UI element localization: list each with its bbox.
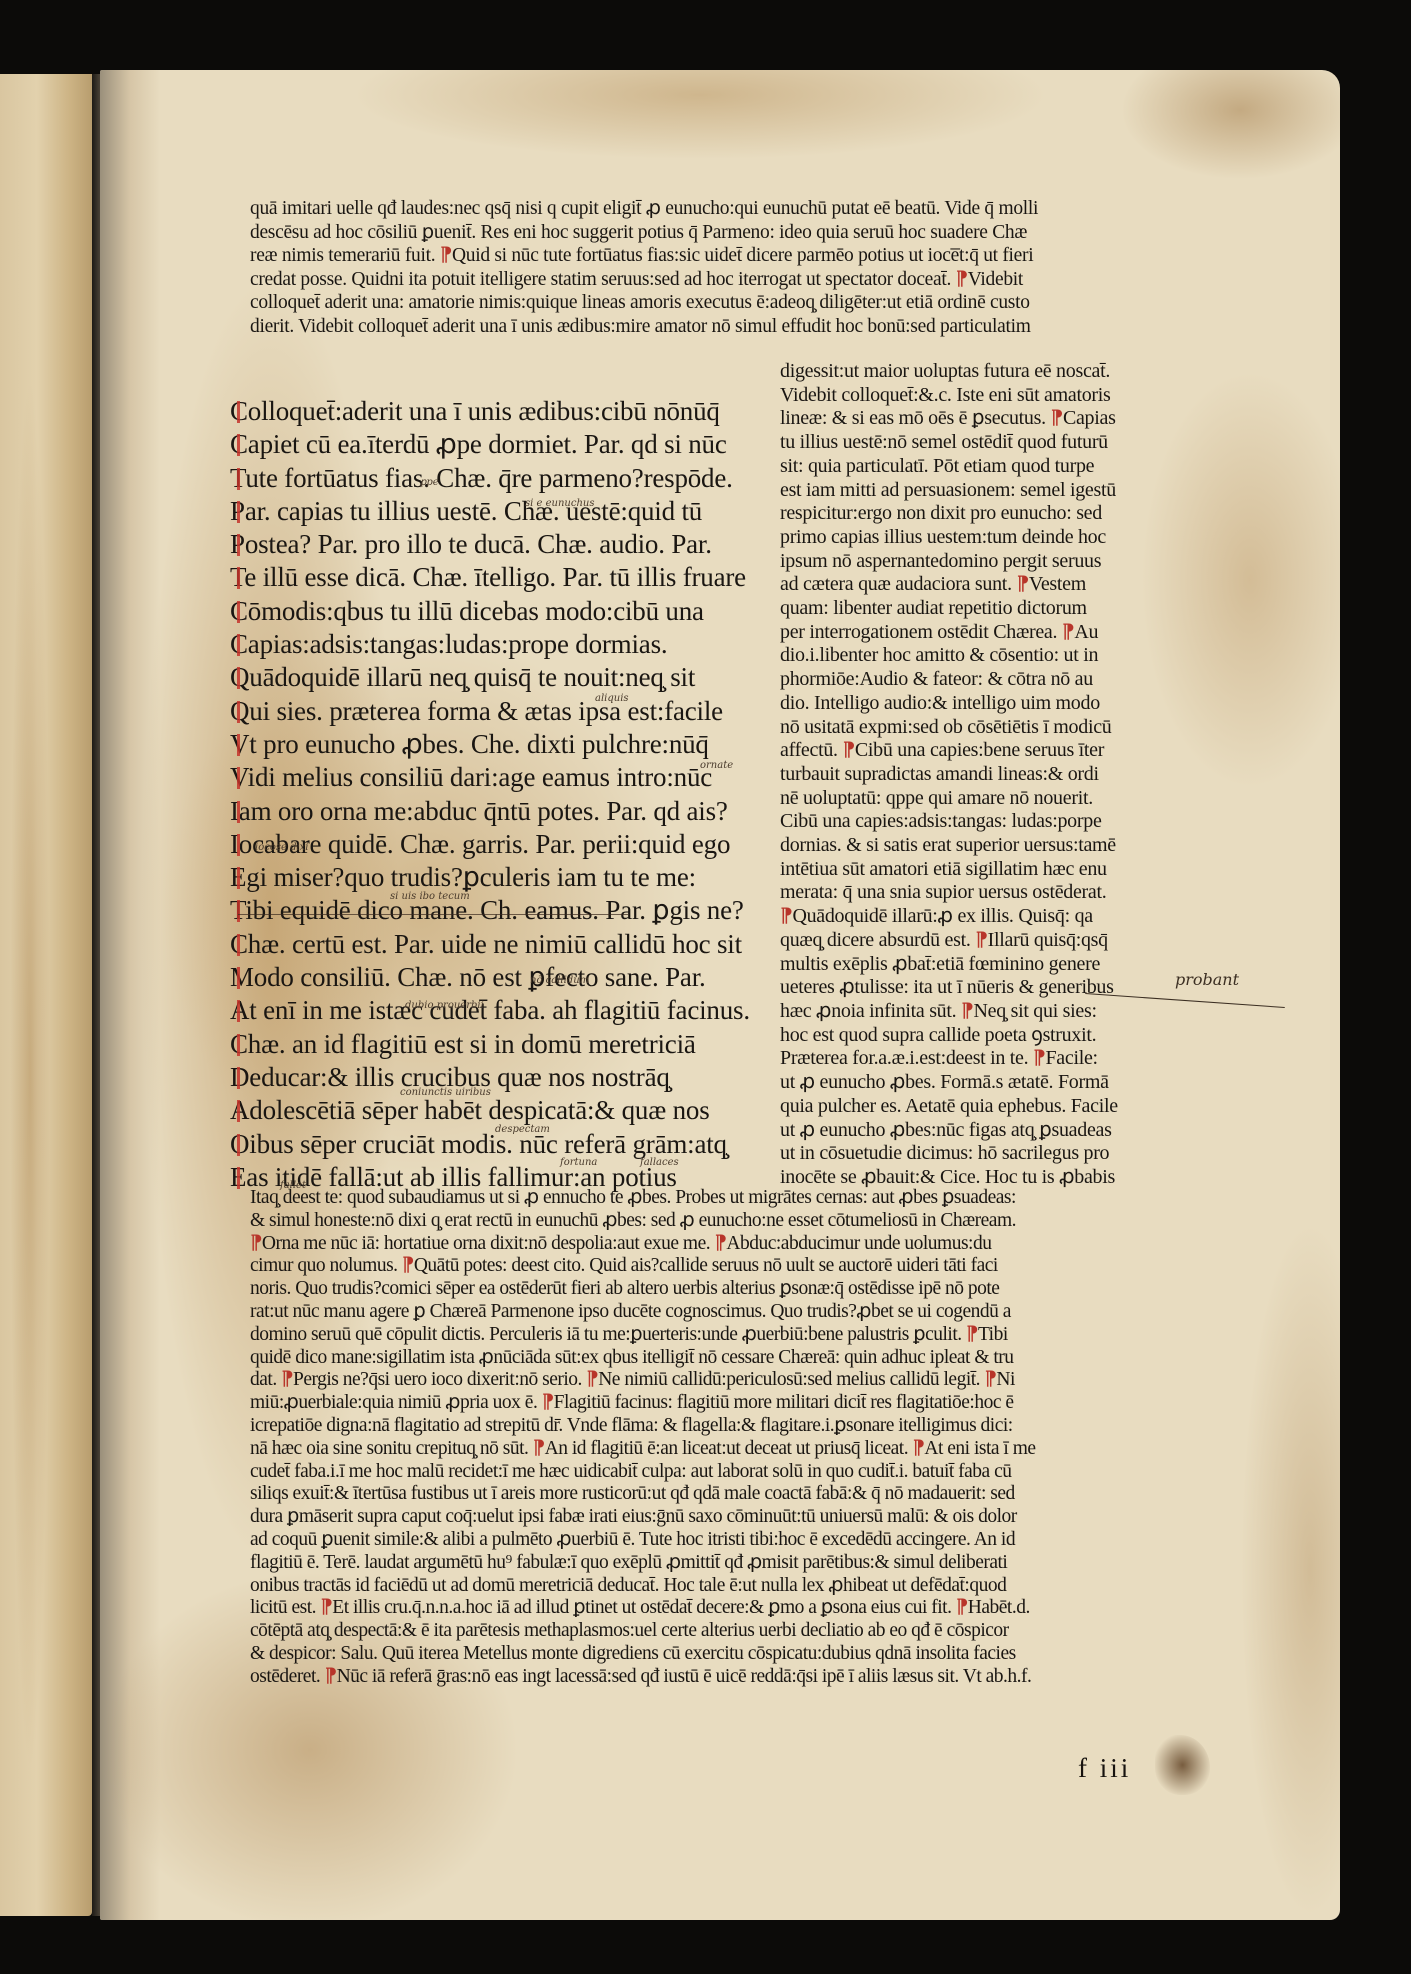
water-stain xyxy=(1240,1220,1340,1920)
ink-blot xyxy=(1155,1735,1210,1795)
commentary-line: rat:ut nūc manu agere ꝑ Chæreā Parmenone… xyxy=(250,1301,1036,1324)
commentary-line: lineæ: & si eas mō oēs ē ꝑsecutus. ⁋Capi… xyxy=(780,407,1118,431)
paragraph-mark-icon: ⁋ xyxy=(956,269,968,290)
play-line: Adolescētiā sēper habēt despicatā:& quæ … xyxy=(230,1094,750,1127)
water-stain xyxy=(1140,370,1340,790)
commentary-line: nā hæc oia sine sonitu crepituq̧ nō sūt.… xyxy=(250,1438,1036,1461)
play-line: Capiet cū ea.īterdū ꝓpe dormiet. Par. qd… xyxy=(230,428,750,461)
commentary-line: sit: quia particulatī. Pōt etiam quod tu… xyxy=(780,455,1118,479)
interlinear-gloss: ornate xyxy=(700,760,733,771)
interlinear-gloss: ꝑpe xyxy=(420,477,439,488)
paragraph-mark-icon: ⁋ xyxy=(1033,1047,1045,1069)
paragraph-mark-icon: ⁋ xyxy=(1051,407,1063,429)
play-line: Modo consiliū. Chæ. nō est ꝑfecto sane. … xyxy=(230,961,750,994)
interlinear-gloss: si uis ibo tecum xyxy=(390,891,470,902)
commentary-line: dierit. Videbit colloquet̄ aderit una ī … xyxy=(250,315,1038,339)
commentary-line: cōtēptā atq̧ despectā:& ē ita parētesis … xyxy=(250,1620,1036,1643)
play-line: Quādoquidē illarū neq̧ quisq̄ te nouit:n… xyxy=(230,661,750,694)
commentary-line: hoc est quod supra callide poeta ꝯstruxi… xyxy=(780,1024,1118,1048)
paragraph-mark-icon: ⁋ xyxy=(966,1324,978,1345)
interlinear-gloss: si e eunuchus xyxy=(525,498,594,509)
water-stain xyxy=(350,70,1050,160)
play-line: Qui sies. præterea forma & ætas ipsa est… xyxy=(230,695,750,728)
play-line: Vidi melius consiliū dari:age eamus intr… xyxy=(230,761,750,794)
commentary-line: noris. Quo trudis?comici sēper ea ostēde… xyxy=(250,1278,1036,1301)
bottom-commentary: Itaq̧ deest te: quod subaudiamus ut si ꝓ… xyxy=(250,1187,1036,1689)
commentary-line: dura ꝑmāserit supra caput coq̄:uelut ips… xyxy=(250,1506,1036,1529)
commentary-line: domino seruū quē cōpulit dictis. Percule… xyxy=(250,1324,1036,1347)
commentary-line: flagitiū ē. Terē. laudat argumētū hu⁹ fa… xyxy=(250,1552,1036,1575)
interlinear-gloss: despectam xyxy=(495,1124,550,1135)
play-line: Par. capias tu illius uestē. Chæ. uestē:… xyxy=(230,495,750,528)
paragraph-mark-icon: ⁋ xyxy=(402,1255,414,1276)
commentary-line: ⁋Orna me nūc iā: hortatiue orna dixit:nō… xyxy=(250,1233,1036,1256)
commentary-line: dio. Intelligo audio:& intelligo uim mod… xyxy=(780,692,1118,716)
play-line: Chæ. an id flagitiū est si in domū meret… xyxy=(230,1028,750,1061)
paragraph-mark-icon: ⁋ xyxy=(325,1666,337,1687)
book-gutter xyxy=(92,74,100,1916)
commentary-line: cimur quo nolumus. ⁋Quātū potes: deest c… xyxy=(250,1255,1036,1278)
interlinear-gloss: fortuna xyxy=(560,1157,597,1168)
commentary-line: tu illius uestē:nō semel ostēdit̄ quod f… xyxy=(780,431,1118,455)
play-line: Colloquet̄:aderit una ī unis ædibus:cibū… xyxy=(230,395,750,428)
paragraph-mark-icon: ⁋ xyxy=(542,1392,554,1413)
commentary-line: Cibū una capies:adsis:tangas: ludas:porp… xyxy=(780,810,1118,834)
commentary-line: quidē dico mane:sigillatim ista ꝓnūciāda… xyxy=(250,1347,1036,1370)
paragraph-mark-icon: ⁋ xyxy=(961,1000,973,1022)
commentary-line: est iam mitti ad persuasionem: semel ige… xyxy=(780,479,1118,503)
interlinear-gloss: fallaces xyxy=(640,1157,679,1168)
interlinear-gloss: nō callidum xyxy=(530,975,589,986)
commentary-line: descēsu ad hoc cōsiliū ꝑuenit̄. Res eni … xyxy=(250,221,1038,245)
paragraph-mark-icon: ⁋ xyxy=(533,1438,545,1459)
interlinear-gloss: coniunctis uiribus xyxy=(400,1087,491,1098)
play-line: Vt pro eunucho ꝓbes. Che. dixti pulchre:… xyxy=(230,728,750,761)
commentary-line: quæq̧ dicere absurdū est. ⁋Illarū quisq̄… xyxy=(780,929,1118,953)
paragraph-mark-icon: ⁋ xyxy=(281,1369,293,1390)
commentary-line: Præterea for.a.æ.i.est:deest in te. ⁋Fac… xyxy=(780,1047,1118,1071)
paragraph-mark-icon: ⁋ xyxy=(912,1438,924,1459)
commentary-line: ut ꝓ eunucho ꝓbes. Formā.s ætatē. Formā xyxy=(780,1071,1118,1095)
commentary-line: ut ꝓ eunucho ꝓbes:nūc figas atq̧ ꝑsuadea… xyxy=(780,1119,1118,1143)
interlinear-gloss: aliquis xyxy=(595,693,629,704)
play-line: Chæ. certū est. Par. uide ne nimiū calli… xyxy=(230,928,750,961)
commentary-line: ueteres ꝓtulisse: ita ut ī nūeris & gene… xyxy=(780,976,1118,1000)
signature-mark: f iii xyxy=(1078,1753,1131,1784)
commentary-line: onibus tractās id faciēdū ut ad domū mer… xyxy=(250,1575,1036,1598)
commentary-line: siliqs exuit̄:& ītertūsa fustibus ut ī a… xyxy=(250,1483,1036,1506)
paragraph-mark-icon: ⁋ xyxy=(780,905,792,927)
gutter-shadow xyxy=(100,70,160,1920)
commentary-line: respicitur:ergo non dixit pro eunucho: s… xyxy=(780,502,1118,526)
paragraph-mark-icon: ⁋ xyxy=(440,245,452,266)
commentary-line: nō usitatā expmi:sed ob cōsētiētis ī mod… xyxy=(780,716,1118,740)
commentary-line: intētiua sūt amatori etiā sigillatim hæc… xyxy=(780,858,1118,882)
play-line: Egi miser?quo trudis?ꝑculeris iam tu te … xyxy=(230,861,750,894)
handwritten-marginal-note: probant xyxy=(1175,970,1239,989)
commentary-line: cudet̄ faba.i.ī me hoc malū recidet:ī me… xyxy=(250,1461,1036,1484)
commentary-line: dornias. & si satis erat superior uersus… xyxy=(780,834,1118,858)
commentary-line: per interrogationem ostēdit Chærea. ⁋Au xyxy=(780,621,1118,645)
play-line: Tibi equidē dico mane. Ch. eamus. Par. ꝑ… xyxy=(230,894,750,927)
paragraph-mark-icon: ⁋ xyxy=(975,929,987,951)
commentary-line: Videbit colloquet̄:&.c. Iste eni sūt ama… xyxy=(780,384,1118,408)
commentary-line: ostēderet. ⁋Nūc iā referā ḡras:nō eas in… xyxy=(250,1666,1036,1689)
commentary-line: primo capias illius uestem:tum deinde ho… xyxy=(780,526,1118,550)
head-commentary: quā imitari uelle qđ laudes:nec qsq̄ nis… xyxy=(250,197,1038,338)
play-line: Postea? Par. pro illo te ducā. Chæ. audi… xyxy=(230,528,750,561)
commentary-line: ad cætera quæ audaciora sunt. ⁋Vestem xyxy=(780,573,1118,597)
commentary-line: & despicor: Salu. Quū iterea Metellus mo… xyxy=(250,1643,1036,1666)
play-text-column: Colloquet̄:aderit una ī unis ædibus:cibū… xyxy=(230,395,750,1194)
water-stain xyxy=(1120,70,1340,180)
commentary-line: quā imitari uelle qđ laudes:nec qsq̄ nis… xyxy=(250,197,1038,221)
paragraph-mark-icon: ⁋ xyxy=(956,1597,968,1618)
commentary-line: & simul honeste:nō dixi q̧ erat rectū in… xyxy=(250,1210,1036,1233)
commentary-line: quia pulcher es. Aetatē quia ephebus. Fa… xyxy=(780,1095,1118,1119)
commentary-line: ad coquū ꝑuenit simile:& alibi a pulmēto… xyxy=(250,1529,1036,1552)
play-line: Iam oro orna me:abduc q̄ntū potes. Par. … xyxy=(230,795,750,828)
commentary-line: Itaq̧ deest te: quod subaudiamus ut si ꝓ… xyxy=(250,1187,1036,1210)
play-line: At enī in me istæc cudet̄ faba. ah flagi… xyxy=(230,994,750,1027)
commentary-line: quam: libenter audiat repetitio dictorum xyxy=(780,597,1118,621)
commentary-line: phormiōe:Audio & fateor: & cōtra nō au xyxy=(780,668,1118,692)
paragraph-mark-icon: ⁋ xyxy=(1016,573,1028,595)
handwritten-underline xyxy=(238,914,628,915)
commentary-line: merata: q̄ una snia supior uersus ostēde… xyxy=(780,881,1118,905)
commentary-line: credat posse. Quidni ita potuit itellige… xyxy=(250,268,1038,292)
interlinear-gloss: dubio prouerbii xyxy=(405,1000,484,1011)
commentary-line: ⁋Quādoquidē illarū:ꝓ ex illis. Quisq̄: q… xyxy=(780,905,1118,929)
interlinear-gloss: iocose dixi xyxy=(255,842,309,853)
paragraph-mark-icon: ⁋ xyxy=(842,739,854,761)
play-line: Tute fortūatus fias. Chæ. q̄re parmeno?r… xyxy=(230,462,750,495)
commentary-line: reæ nimis temerariū fuit. ⁋Quid si nūc t… xyxy=(250,244,1038,268)
commentary-line: hæc ꝓnoia infinita sūt. ⁋Neq̧ sit qui si… xyxy=(780,1000,1118,1024)
commentary-line: ut in cōsuetudie dicimus: hō sacrilegus … xyxy=(780,1142,1118,1166)
left-facing-page xyxy=(0,74,92,1916)
paragraph-mark-icon: ⁋ xyxy=(320,1597,332,1618)
paragraph-mark-icon: ⁋ xyxy=(714,1233,726,1254)
paragraph-mark-icon: ⁋ xyxy=(1062,621,1074,643)
commentary-line: digessit:ut maior uoluptas futura eē nos… xyxy=(780,360,1118,384)
commentary-line: nē uoluptatū: qppe qui amare nō nouerit. xyxy=(780,787,1118,811)
commentary-line: icrepatiōe digna:nā flagitatio ad strepi… xyxy=(250,1415,1036,1438)
paragraph-mark-icon: ⁋ xyxy=(250,1233,262,1254)
commentary-line: ipsum nō aspernantedomino pergit seruus xyxy=(780,550,1118,574)
paragraph-mark-icon: ⁋ xyxy=(984,1369,996,1390)
page: quā imitari uelle qđ laudes:nec qsq̄ nis… xyxy=(100,70,1340,1920)
commentary-line: dio.i.libenter hoc amitto & cōsentio: ut… xyxy=(780,644,1118,668)
play-line: Capias:adsis:tangas:ludas:prope dormias. xyxy=(230,628,750,661)
play-line: Oibus sēper cruciāt modis. nūc referā gr… xyxy=(230,1128,750,1161)
commentary-line: affectū. ⁋Cibū una capies:bene seruus īt… xyxy=(780,739,1118,763)
commentary-line: miū:ꝓuerbiale:quia nimiū ꝓpria uox ē. ⁋F… xyxy=(250,1392,1036,1415)
paragraph-mark-icon: ⁋ xyxy=(586,1369,598,1390)
commentary-line: multis exēplis ꝓbat̄:etiā fœminino gener… xyxy=(780,953,1118,977)
play-line: Te illū esse dicā. Chæ. ītelligo. Par. t… xyxy=(230,561,750,594)
commentary-right-column: digessit:ut maior uoluptas futura eē nos… xyxy=(780,360,1118,1190)
commentary-line: turbauit supradictas amandi lineas:& ord… xyxy=(780,763,1118,787)
commentary-line: colloquet̄ aderit una: amatorie nimis:qu… xyxy=(250,291,1038,315)
commentary-line: dat. ⁋Pergis ne?q̄si uero ioco dixerit:n… xyxy=(250,1369,1036,1392)
play-line: Cōmodis:qbus tu illū dicebas modo:cibū u… xyxy=(230,595,750,628)
commentary-line: licitū est. ⁋Et illis cru.q̄.n.n.a.hoc i… xyxy=(250,1597,1036,1620)
